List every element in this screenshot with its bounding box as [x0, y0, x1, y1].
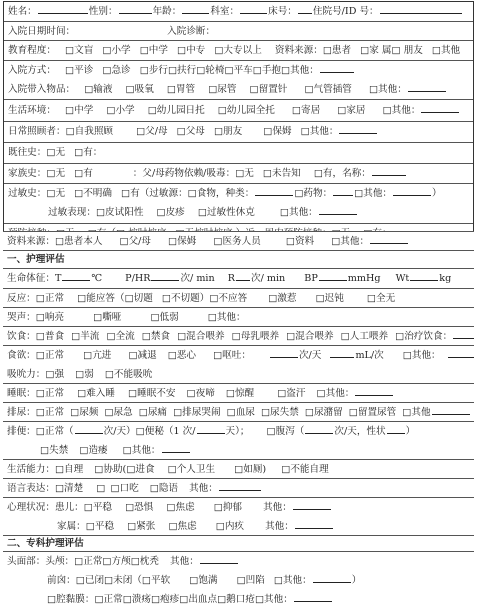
psych-family-other-label: 其他：	[265, 521, 294, 532]
diet-checkbox[interactable]: 母乳喂养	[232, 327, 279, 346]
psych-family-checkbox[interactable]: 平稳	[86, 517, 114, 536]
mucosa-checkbox[interactable]: 其他：	[255, 590, 293, 605]
weight-field[interactable]	[410, 269, 438, 281]
defecation-normal-checkbox[interactable]: 正常（	[36, 422, 74, 441]
skull-checkbox[interactable]: 方颅	[102, 552, 130, 571]
vomit-times-unit: 次/天	[299, 350, 321, 361]
self-care-label: 生活能力：	[7, 464, 55, 475]
temperature-unit: ℃	[91, 273, 102, 284]
info-source-checkbox[interactable]: 父/母	[119, 232, 151, 251]
appetite-row: 食欲：正常 亢进 减退 恶心 呕吐：次/天 mL/次 其他： 吸吮力：强 弱 不…	[3, 346, 474, 384]
therapeutic-diet-field[interactable]	[453, 327, 474, 339]
psych-child-checkbox[interactable]: 抑郁	[214, 498, 242, 517]
defecation-normal-unit: 次/天）	[104, 426, 136, 437]
bp-unit: mmHg	[348, 273, 381, 284]
psych-family-checkbox[interactable]: 紧张	[127, 517, 155, 536]
section1-title: 一、护理评估	[3, 251, 474, 269]
head-face-row: 头面部：头颅：正常方颅枕秃 其他： 前囟：已闭未闭（平软 饱满 凹陷 其他：） …	[3, 552, 474, 605]
appetite-checkbox[interactable]: 呕吐：	[213, 346, 251, 365]
diarrhea-times-field[interactable]	[305, 422, 333, 434]
urination-label: 排尿：	[7, 407, 36, 418]
section-nursing-assessment: 一、护理评估	[3, 251, 474, 269]
vomit-times-field[interactable]	[270, 346, 298, 358]
appetite-checkbox[interactable]: 亢进	[83, 346, 111, 365]
diarrhea-close-paren: ）	[406, 426, 416, 437]
skull-other-field[interactable]	[200, 552, 238, 564]
fontanel-checkbox[interactable]: 平软	[142, 571, 170, 590]
mucosa-checkbox[interactable]: 出血点	[179, 590, 217, 605]
defecation-row: 排便：正常（次/天）便秘（1 次/天）； 腹泻（次/天，性状） 失禁 造瘘 其他…	[3, 422, 474, 460]
diet-checkbox[interactable]: 混合喂养	[177, 327, 224, 346]
speech-other-field[interactable]	[219, 479, 261, 491]
skull-checkbox[interactable]: 正常	[74, 552, 102, 571]
psych-child-other-label: 其他：	[263, 502, 292, 513]
response-checkbox[interactable]: 不切题）	[162, 289, 209, 308]
cry-row: 哭声：响亮 嘶哑 低弱 其他：	[3, 308, 474, 327]
diarrhea-character-field[interactable]	[387, 422, 405, 434]
constipation-unit: 天）；	[226, 426, 250, 437]
respiration-unit: 次/ min	[251, 273, 285, 284]
cry-checkbox[interactable]: 其他：	[208, 308, 246, 327]
fontanel-checkbox[interactable]: 其他：	[274, 571, 312, 590]
skull-checkbox[interactable]: 枕秃	[131, 552, 159, 571]
bp-label: BP	[304, 273, 318, 284]
psych-family-checkbox[interactable]: 焦虑	[168, 517, 196, 536]
urination-checkbox[interactable]: 尿急	[104, 403, 132, 422]
constipation-checkbox[interactable]: 便秘（1 次/	[136, 422, 196, 441]
urination-row: 排尿：正常 尿频 尿急 尿痛 排尿哭闹 血尿 尿失禁 尿潴留 留置尿管 其他	[3, 403, 474, 422]
appetite-other-checkbox[interactable]: 其他：	[403, 346, 441, 365]
skull-other-label: 其他：	[170, 556, 199, 567]
urination-checkbox[interactable]: 正常	[36, 403, 64, 422]
urination-checkbox[interactable]: 尿潴留	[305, 403, 343, 422]
pulse-unit: 次/ min	[180, 273, 214, 284]
defecation-other-field[interactable]	[162, 441, 190, 453]
temperature-field[interactable]	[62, 269, 90, 281]
fontanel-other-field[interactable]	[313, 571, 351, 583]
info-source-checkbox[interactable]: 患者本人	[55, 232, 102, 251]
psych-row: 心理状况：患儿：平稳 恐惧 焦虑 抑郁 其他： 家属：平稳 紧张 焦虑 内疚 其…	[3, 498, 474, 536]
defecation-label: 排便：	[7, 426, 36, 437]
appetite-checkbox[interactable]: 正常	[36, 346, 64, 365]
info-source-row: 资料来源：患者本人 父/母 保姆 医务人员 资料 其他：	[3, 231, 474, 251]
self-care-checkbox[interactable]: 不能自理	[281, 460, 328, 479]
response-label: 反应：	[7, 293, 36, 304]
diarrhea-checkbox[interactable]: 腹泻（	[267, 422, 305, 441]
respiration-field[interactable]	[236, 269, 250, 281]
fontanel-label: 前囟：	[47, 575, 76, 586]
self-care-checkbox[interactable]: 协助(	[94, 460, 126, 479]
defecation-extra-checkbox[interactable]: 造瘘	[79, 441, 107, 460]
sleep-checkbox[interactable]: 正常	[36, 384, 64, 403]
appetite-checkbox[interactable]: 减退	[128, 346, 156, 365]
response-checkbox[interactable]: 正常	[36, 289, 64, 308]
vomit-volume-unit: mL/次	[355, 350, 383, 361]
response-checkbox[interactable]: 能应答（	[77, 289, 124, 308]
sucking-checkbox[interactable]: 弱	[75, 365, 94, 384]
sleep-checkbox[interactable]: 夜啼	[187, 384, 215, 403]
diet-checkbox[interactable]: 全流	[106, 327, 134, 346]
speech-other-label: 其他：	[189, 483, 218, 494]
info-source-checkbox[interactable]: 其他：	[331, 232, 369, 251]
response-checkbox[interactable]: 不应答	[209, 289, 247, 308]
diet-row: 饮食：普食 半流 全流 禁食 混合喂养 母乳喂养 混合喂养 人工喂养 治疗饮食：	[3, 327, 474, 346]
diet-checkbox[interactable]: 人工喂养	[341, 327, 388, 346]
oral-mucosa-checkbox[interactable]: 腔黏膜：	[47, 590, 94, 605]
psych-child-checkbox[interactable]: 焦虑	[166, 498, 194, 517]
speech-label: 语言表达：	[7, 483, 55, 494]
sucking-label: 吸吮力：	[7, 369, 45, 380]
pulse-label: P/HR	[125, 273, 150, 284]
head-face-label: 头面部：	[7, 556, 45, 567]
diarrhea-unit: 次/天，性状	[334, 426, 385, 437]
section2-title: 二、专科护理评估	[3, 536, 474, 552]
sucking-checkbox[interactable]: 强	[45, 365, 64, 384]
bp-field[interactable]	[319, 269, 347, 281]
speech-checkbox[interactable]: 隐语	[150, 479, 178, 498]
mucosa-checkbox[interactable]: 溃疡	[123, 590, 151, 605]
urination-checkbox[interactable]: 血尿	[227, 403, 255, 422]
defecation-extra-checkbox[interactable]: 失禁	[40, 441, 68, 460]
pulse-field[interactable]	[151, 269, 179, 281]
self-care-checkbox[interactable]: 自理	[55, 460, 83, 479]
psych-child-label: 患儿：	[55, 502, 84, 513]
cry-checkbox[interactable]: 低弱	[150, 308, 178, 327]
fontanel-close-paren: ）	[352, 575, 362, 586]
response-checkbox[interactable]: 激惹	[268, 289, 296, 308]
self-care-row: 生活能力：自理 协助(进食 个人卫生 如厕) 不能自理	[3, 460, 474, 479]
info-source-checkbox[interactable]: 保姆	[168, 232, 196, 251]
diet-label: 饮食：	[7, 331, 36, 342]
sleep-checkbox[interactable]: 其他：	[317, 384, 355, 403]
sleep-checkbox[interactable]: 难入睡	[77, 384, 115, 403]
sleep-checkbox[interactable]: 惊醒	[226, 384, 254, 403]
appetite-checkbox[interactable]: 恶心	[168, 346, 196, 365]
sucking-checkbox[interactable]: 不能吸吮	[105, 365, 152, 384]
section-specialty-assessment: 二、专科护理评估	[3, 536, 474, 552]
info-source-label: 资料来源：	[7, 236, 55, 247]
response-checkbox[interactable]: 迟钝	[316, 289, 344, 308]
appetite-other-field[interactable]	[448, 346, 474, 358]
skull-label: 头颅：	[45, 556, 74, 567]
vitals-row: 生命体征：T℃ P/HR次/ min R次/ min BPmmHg Wtkg	[3, 269, 474, 289]
response-checkbox[interactable]: 全无	[367, 289, 395, 308]
weight-unit: kg	[439, 273, 451, 284]
urination-checkbox[interactable]: 尿痛	[139, 403, 167, 422]
diet-checkbox[interactable]: 禁食	[142, 327, 170, 346]
fontanel-checkbox[interactable]: 未闭（	[104, 571, 142, 590]
speech-checkbox[interactable]: 口吃	[110, 479, 138, 498]
mucosa-checkbox[interactable]: 正常	[94, 590, 122, 605]
info-source-other-field[interactable]	[370, 232, 408, 244]
psych-child-checkbox[interactable]: 平稳	[84, 498, 112, 517]
self-care-checkbox[interactable]: 进食	[126, 460, 154, 479]
response-row: 反应：正常 能应答（切题 不切题）不应答 激惹 迟钝 全无	[3, 289, 474, 308]
self-care-checkbox[interactable]: 个人卫生	[168, 460, 215, 479]
response-checkbox[interactable]: 切题	[125, 289, 153, 308]
self-care-checkbox[interactable]: 如厕)	[234, 460, 266, 479]
diet-checkbox[interactable]: 普食	[36, 327, 64, 346]
mucosa-other-field[interactable]	[294, 590, 332, 602]
psych-child-checkbox[interactable]: 恐惧	[125, 498, 153, 517]
fontanel-checkbox[interactable]: 凹陷	[237, 571, 265, 590]
diet-checkbox[interactable]: 混合喂养	[286, 327, 333, 346]
psych-family-label: 家属：	[57, 521, 86, 532]
urination-checkbox[interactable]: 其他	[402, 403, 430, 422]
psych-child-other-field[interactable]	[293, 498, 331, 510]
mucosa-checkbox[interactable]: 疱疹	[151, 590, 179, 605]
defecation-normal-field[interactable]	[75, 422, 103, 434]
sleep-other-field[interactable]	[355, 384, 393, 396]
defecation-extra-checkbox[interactable]: 其他：	[123, 441, 161, 460]
sleep-row: 睡眠：正常 难入睡 睡眠不安 夜啼 惊醒 盗汗 其他：	[3, 384, 474, 403]
speech-row: 语言表达：清楚 口吃 隐语 其他：	[3, 479, 474, 498]
diet-checkbox[interactable]: 半流	[71, 327, 99, 346]
psych-label: 心理状况：	[7, 502, 55, 513]
vitals-label: 生命体征：	[7, 273, 55, 284]
urination-checkbox[interactable]: 排尿哭闹	[173, 403, 220, 422]
speech-checkbox[interactable]	[96, 479, 105, 498]
urination-checkbox[interactable]: 尿频	[70, 403, 98, 422]
psych-family-checkbox[interactable]: 内疚	[216, 517, 244, 536]
sleep-label: 睡眠：	[7, 388, 36, 399]
temperature-label: T	[55, 273, 61, 284]
urination-other-field[interactable]	[432, 403, 470, 415]
fontanel-checkbox[interactable]: 饱满	[189, 571, 217, 590]
vomit-volume-field[interactable]	[330, 346, 354, 358]
info-source-checkbox[interactable]: 资料	[286, 232, 314, 251]
diet-checkbox[interactable]: 治疗饮食：	[395, 327, 452, 346]
form-lower: 资料来源：患者本人 父/母 保姆 医务人员 资料 其他： 一、护理评估 生命体征…	[3, 1, 474, 605]
psych-family-other-field[interactable]	[295, 517, 333, 529]
cry-label: 哭声：	[7, 312, 36, 323]
urination-checkbox[interactable]: 留置尿管	[349, 403, 396, 422]
appetite-label: 食欲：	[7, 350, 36, 361]
cry-checkbox[interactable]: 嘶哑	[93, 308, 121, 327]
sleep-checkbox[interactable]: 盗汗	[277, 384, 305, 403]
constipation-field[interactable]	[197, 422, 225, 434]
mucosa-checkbox[interactable]: 鹅口疮	[217, 590, 255, 605]
respiration-label: R	[228, 273, 235, 284]
cry-checkbox[interactable]: 响亮	[36, 308, 64, 327]
weight-label: Wt	[396, 273, 410, 284]
urination-checkbox[interactable]: 尿失禁	[261, 403, 299, 422]
info-source-checkbox[interactable]: 医务人员	[213, 232, 260, 251]
fontanel-checkbox[interactable]: 已闭	[76, 571, 104, 590]
sleep-checkbox[interactable]: 睡眠不安	[128, 384, 175, 403]
speech-checkbox[interactable]: 清楚	[55, 479, 83, 498]
